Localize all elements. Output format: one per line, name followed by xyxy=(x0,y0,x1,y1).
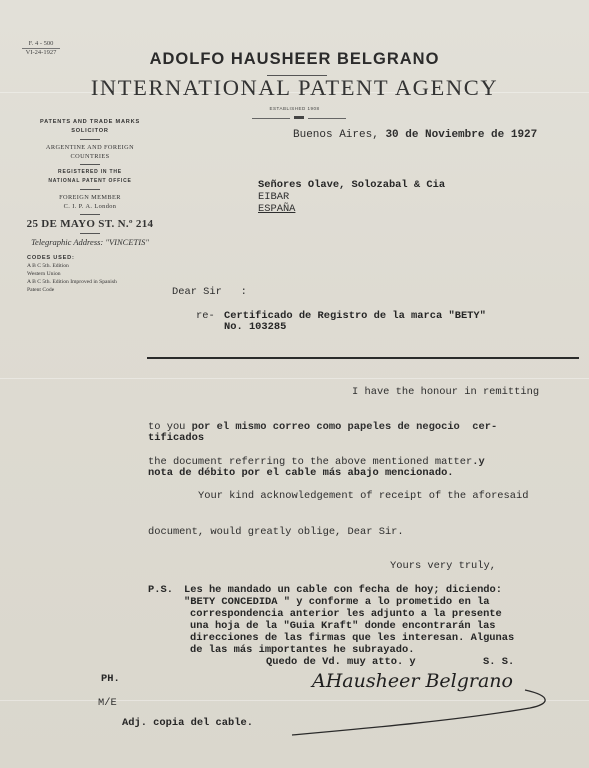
place: Buenos Aires, xyxy=(293,129,379,141)
ps-line: una hoja de la "Guia Kraft" donde encont… xyxy=(190,620,496,632)
ornament-rule-left xyxy=(252,118,290,119)
body-p2-line2: nota de débito por el cable más abajo me… xyxy=(148,467,454,479)
re-prefix: re- xyxy=(196,310,215,322)
firm-name: ADOLFO HAUSHEER BELGRANO xyxy=(0,50,589,69)
paper-fold xyxy=(0,378,589,379)
date: 30 de Noviembre de 1927 xyxy=(385,129,537,141)
subject-line-2: No. 103285 xyxy=(224,321,286,333)
code-item: Western Union xyxy=(27,270,117,278)
form-code-number: F. 4 - 500 xyxy=(22,40,60,48)
code-item: Patent Code xyxy=(27,286,117,294)
sidebar-argentine: ARGENTINE AND FOREIGN xyxy=(20,143,160,152)
sidebar-countries: COUNTRIES xyxy=(20,152,160,161)
codes-used: CODES USED: A B C 5th. Edition Western U… xyxy=(27,254,117,294)
sign-off-ss: S. S. xyxy=(483,656,514,668)
ps-line: correspondencia anterior les adjunto a l… xyxy=(190,608,502,620)
body-p1-line1: I have the honour in remitting xyxy=(352,386,539,398)
ps-line: de las más importantes he subrayado. xyxy=(190,644,414,656)
letter-page: F. 4 - 500 VI-24-1927 ADOLFO HAUSHEER BE… xyxy=(0,0,589,768)
sidebar-credentials: PATENTS AND TRADE MARKS SOLICITOR ARGENT… xyxy=(20,118,160,247)
sidebar-patents: PATENTS AND TRADE MARKS xyxy=(20,118,160,127)
initials-ph: PH. xyxy=(101,673,120,685)
sign-off: Quedo de Vd. muy atto. y xyxy=(266,656,416,668)
recipient-name: Señores Olave, Solozabal & Cia xyxy=(258,179,445,191)
ps-line: direcciones de las firmas que les intere… xyxy=(190,632,514,644)
sidebar-rule xyxy=(80,164,100,165)
signature-flourish xyxy=(290,680,550,740)
salutation: Dear Sir : xyxy=(172,286,247,298)
sidebar-rule xyxy=(80,139,100,140)
sidebar-rule xyxy=(80,189,100,190)
ornament-rule-right xyxy=(308,118,346,119)
enclosure: Adj. copia del cable. xyxy=(122,717,253,729)
body-p3-line2: document, would greatly oblige, Dear Sir… xyxy=(148,526,404,538)
subject-divider xyxy=(147,357,579,359)
closing: Yours very truly, xyxy=(390,560,496,572)
body-p1-line3: tificados xyxy=(148,432,204,444)
ps-line: Les he mandado un cable con fecha de hoy… xyxy=(184,584,502,596)
code-item: A B C 5th. Edition xyxy=(27,262,117,270)
place-date: Buenos Aires, 30 de Noviembre de 1927 xyxy=(293,129,537,141)
initials-me: M/E xyxy=(98,697,117,709)
body-p1-insert: por el mismo correo como papeles de nego… xyxy=(192,421,498,433)
codes-heading: CODES USED: xyxy=(27,254,117,262)
sidebar-telegraphic: Telegraphic Address: "VINCETIS" xyxy=(20,237,160,247)
body-p3-line1: Your kind acknowledgement of receipt of … xyxy=(198,490,528,502)
sidebar-rule xyxy=(80,233,100,234)
recipient-country: ESPAÑA xyxy=(258,203,295,215)
sidebar-address: 25 DE MAYO ST. N.º 214 xyxy=(20,218,160,230)
established-year: ESTABLISHED 1908 xyxy=(0,106,589,111)
ornament-center xyxy=(294,116,304,119)
ps-prefix: P.S. xyxy=(148,584,173,596)
sidebar-solicitor: SOLICITOR xyxy=(20,127,160,136)
sidebar-registered: REGISTERED IN THE xyxy=(20,168,160,177)
body-p2-insert: .y xyxy=(472,456,484,468)
code-item: A B C 5th. Edition Improved in Spanish xyxy=(27,278,117,286)
sidebar-patent-office: NATIONAL PATENT OFFICE xyxy=(20,177,160,186)
sidebar-rule xyxy=(80,214,100,215)
recipient-city: EIBAR xyxy=(258,191,289,203)
sidebar-foreign-member: FOREIGN MEMBER xyxy=(20,193,160,202)
agency-name: INTERNATIONAL PATENT AGENCY xyxy=(0,75,589,101)
sidebar-cipa: C. I. P. A. London xyxy=(20,202,160,211)
ps-line: "BETY CONCEDIDA " y conforme a lo promet… xyxy=(184,596,490,608)
